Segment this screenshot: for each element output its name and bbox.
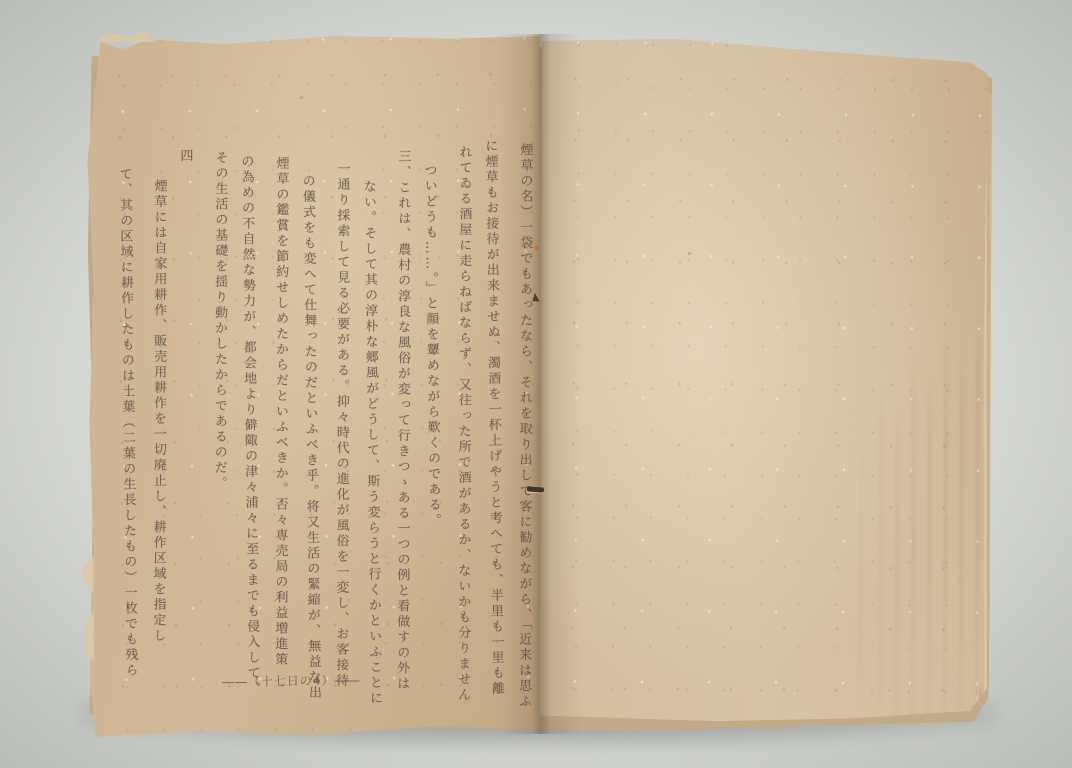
showthrough-streak bbox=[894, 399, 900, 719]
showthrough-streak bbox=[942, 319, 948, 729]
left-page: 煙草の名）一袋でもあったなら、それを取り出して客に勧めながら、「近来は思ふ様 に… bbox=[86, 33, 544, 738]
manuscript-column-section-three: 三、これは、農村の淳良な風俗が変って行きつゝある一つの例と看做すの外は bbox=[388, 149, 415, 715]
foxing-spot bbox=[535, 246, 539, 250]
showthrough-streak bbox=[926, 369, 932, 719]
manuscript-column: の儀式をも変へて仕舞ったのだといふべき乎。将又生活の緊縮が、無益な出費や bbox=[294, 174, 326, 716]
foxing-spot bbox=[688, 252, 691, 255]
manuscript-column: その生活の基礎を揺り動かしたからであるのだ。 bbox=[205, 151, 232, 717]
footer-note: ――（十七日の4）―― bbox=[222, 671, 361, 690]
manuscript-column: れてゐる酒屋に走らねばならず、又往った所で酒があるか、ないかも分りませんので、 bbox=[449, 145, 476, 715]
showthrough-streak bbox=[958, 339, 964, 729]
foxing-spot bbox=[300, 96, 303, 99]
showthrough-streak bbox=[858, 439, 863, 709]
page-showthrough bbox=[538, 37, 988, 723]
manuscript-column: 煙草の名）一袋でもあったなら、それを取り出して客に勧めながら、「近来は思ふ様 bbox=[510, 143, 537, 715]
manuscript-column: 煙草には自家用耕作、販売用耕作を一切廃止し、耕作区域を指定し bbox=[144, 179, 171, 717]
right-page bbox=[538, 37, 988, 723]
showthrough-streak bbox=[878, 379, 884, 709]
manuscript-column-section-four: 四 bbox=[172, 149, 204, 717]
paper-texture bbox=[538, 37, 988, 723]
showthrough-streak bbox=[974, 289, 980, 719]
manuscript-text-block: 煙草の名）一袋でもあったなら、それを取り出して客に勧めながら、「近来は思ふ様 に… bbox=[106, 137, 538, 718]
manuscript-column: ない。そして其の淳朴な郷風がどうして、斯う変らうと行くかといふことについて、 bbox=[355, 180, 387, 716]
manuscript-column: の為めの不自然な勢力が、都会地より僻陬の津々浦々に至るまでも侵入して、 bbox=[233, 154, 265, 716]
manuscript-column: に煙草もお接待が出来ませぬ、濁酒を一杯上げやうと考へても、半里も一里も離 bbox=[477, 139, 510, 715]
manuscript-column: 一通り採索して見る必要がある。抑々時代の進化が風俗を一変し、お客接待 bbox=[327, 162, 354, 716]
manuscript-column: て、其の区域に耕作したものは土葉（二葉の生長したもの）一枚でも残ら bbox=[111, 167, 143, 717]
showthrough-streak bbox=[910, 349, 916, 719]
manuscript-column: 煙草の鑑賞を節約せしめたからだといふべきか。否々専売局の利益増進策 bbox=[266, 156, 293, 716]
manuscript-column: ついどうも……。」と顔を顰めながら歎くのである。 bbox=[416, 163, 448, 715]
